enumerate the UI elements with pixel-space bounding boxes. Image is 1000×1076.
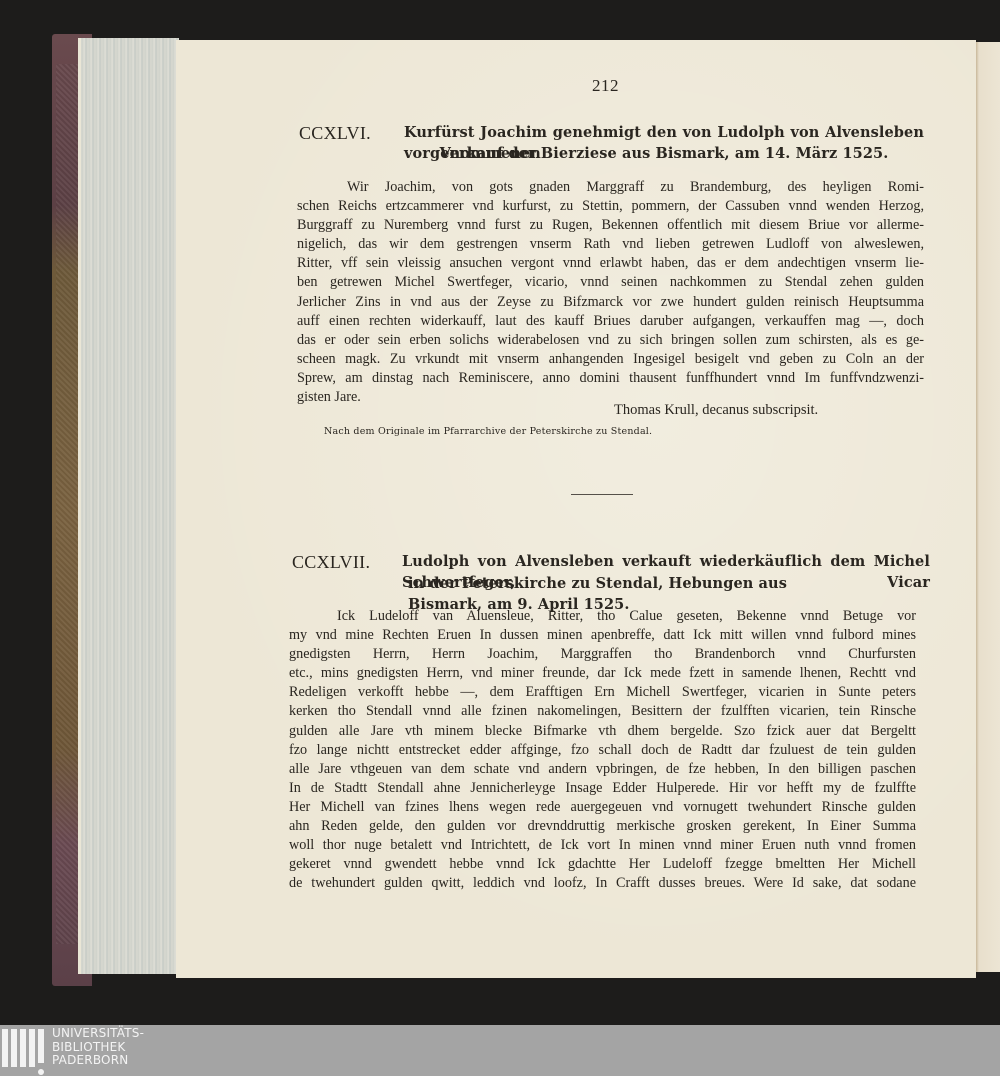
page-stack-edge xyxy=(78,38,179,974)
body-line: gnedigsten Herrn, Herrn Joachim, Marggra… xyxy=(289,645,916,664)
body-line: my vnd mine Rechten Eruen In dussen mine… xyxy=(289,626,916,645)
body-line: Burggraff zu Nuremberg vnnd furst zu Rug… xyxy=(297,216,924,235)
section-divider xyxy=(571,494,633,495)
body-line: schen Reichs ertzcammerer vnd kurfurst, … xyxy=(297,197,924,216)
body-line: ben getrewen Michel Swertfeger, vicario,… xyxy=(297,273,924,292)
body-line: kerken tho Stendall vnnd alle fzinen nak… xyxy=(289,702,916,721)
body-line: Sprew, am dinstag nach Reminiscere, anno… xyxy=(297,369,924,388)
page-number: 212 xyxy=(592,76,619,96)
document-body: Wir Joachim, von gots gnaden Marggraff z… xyxy=(297,178,924,407)
logo-line-1: UNIVERSITÄTS- xyxy=(52,1027,144,1041)
body-line: nigelich, das wir dem gestrengen vnserm … xyxy=(297,235,924,254)
document-number: CCXLVI. xyxy=(299,123,371,144)
body-line: gisten Jare. xyxy=(297,388,924,407)
body-line: scheen magk. Zu vrkundt mit vnserm anhan… xyxy=(297,350,924,369)
body-line: auff einen rechten widerkauff, laut des … xyxy=(297,312,924,331)
document-title-line-2: Verkauf der Bierziese aus Bismark, am 14… xyxy=(414,143,914,164)
document-body: Ick Ludeloff van Aluensleue, Ritter, tho… xyxy=(289,607,916,893)
body-line: das er oder sein erben solichs widerabel… xyxy=(297,331,924,350)
body-line: etc., mins gnedigsten Herrn, vnd miner f… xyxy=(289,664,916,683)
body-line: ahn Reden gelde, den gulden vor drevnddr… xyxy=(289,817,916,836)
source-note: Nach dem Originale im Pfarrarchive der P… xyxy=(324,426,652,437)
library-footer-bar: UNIVERSITÄTS- BIBLIOTHEK PADERBORN xyxy=(0,1025,1000,1076)
body-line: gulden alle Jare vth minem blecke Bifmar… xyxy=(289,722,916,741)
body-line: Wir Joachim, von gots gnaden Marggraff z… xyxy=(297,178,924,197)
body-line: In de Stadtt Stendall ahne Jennicherleyg… xyxy=(289,779,916,798)
body-line: Jerlicher Zins in vnd aus der Zeyse zu B… xyxy=(297,293,924,312)
body-line: Ritter, vff sein vleissig ansuchen vergo… xyxy=(297,254,924,273)
body-line: Ick Ludeloff van Aluensleue, Ritter, tho… xyxy=(289,607,916,626)
body-line: gekeret vnnd gwendett hebbe vnnd Ick gda… xyxy=(289,855,916,874)
library-logo-icon xyxy=(0,1029,44,1075)
book-page: 212 CCXLVI. Kurfürst Joachim genehmigt d… xyxy=(176,40,976,978)
scanned-book-photo: 212 CCXLVI. Kurfürst Joachim genehmigt d… xyxy=(0,0,1000,1025)
body-line: fzo lange nichtt entstrecket edder affgi… xyxy=(289,741,916,760)
facing-page-edge xyxy=(976,42,1000,972)
body-line: Her Michell van fzines lhens wegen rede … xyxy=(289,798,916,817)
body-line: de twehundert gulden qwitt, leddich vnd … xyxy=(289,874,916,893)
page-content: 212 CCXLVI. Kurfürst Joachim genehmigt d… xyxy=(176,40,976,978)
body-line: Redeligen verkofft hebbe —, dem Erafftig… xyxy=(289,683,916,702)
logo-line-3: PADERBORN xyxy=(52,1054,144,1068)
document-number: CCXLVII. xyxy=(292,552,370,573)
body-line: woll thor nuge betalett vnd Intrichtett,… xyxy=(289,836,916,855)
signature-line: Thomas Krull, decanus subscripsit. xyxy=(614,402,818,419)
logo-line-2: BIBLIOTHEK xyxy=(52,1041,144,1055)
library-logo-text: UNIVERSITÄTS- BIBLIOTHEK PADERBORN xyxy=(52,1027,144,1068)
body-line: alle Jare vthgeuen van dem schate vnd an… xyxy=(289,760,916,779)
